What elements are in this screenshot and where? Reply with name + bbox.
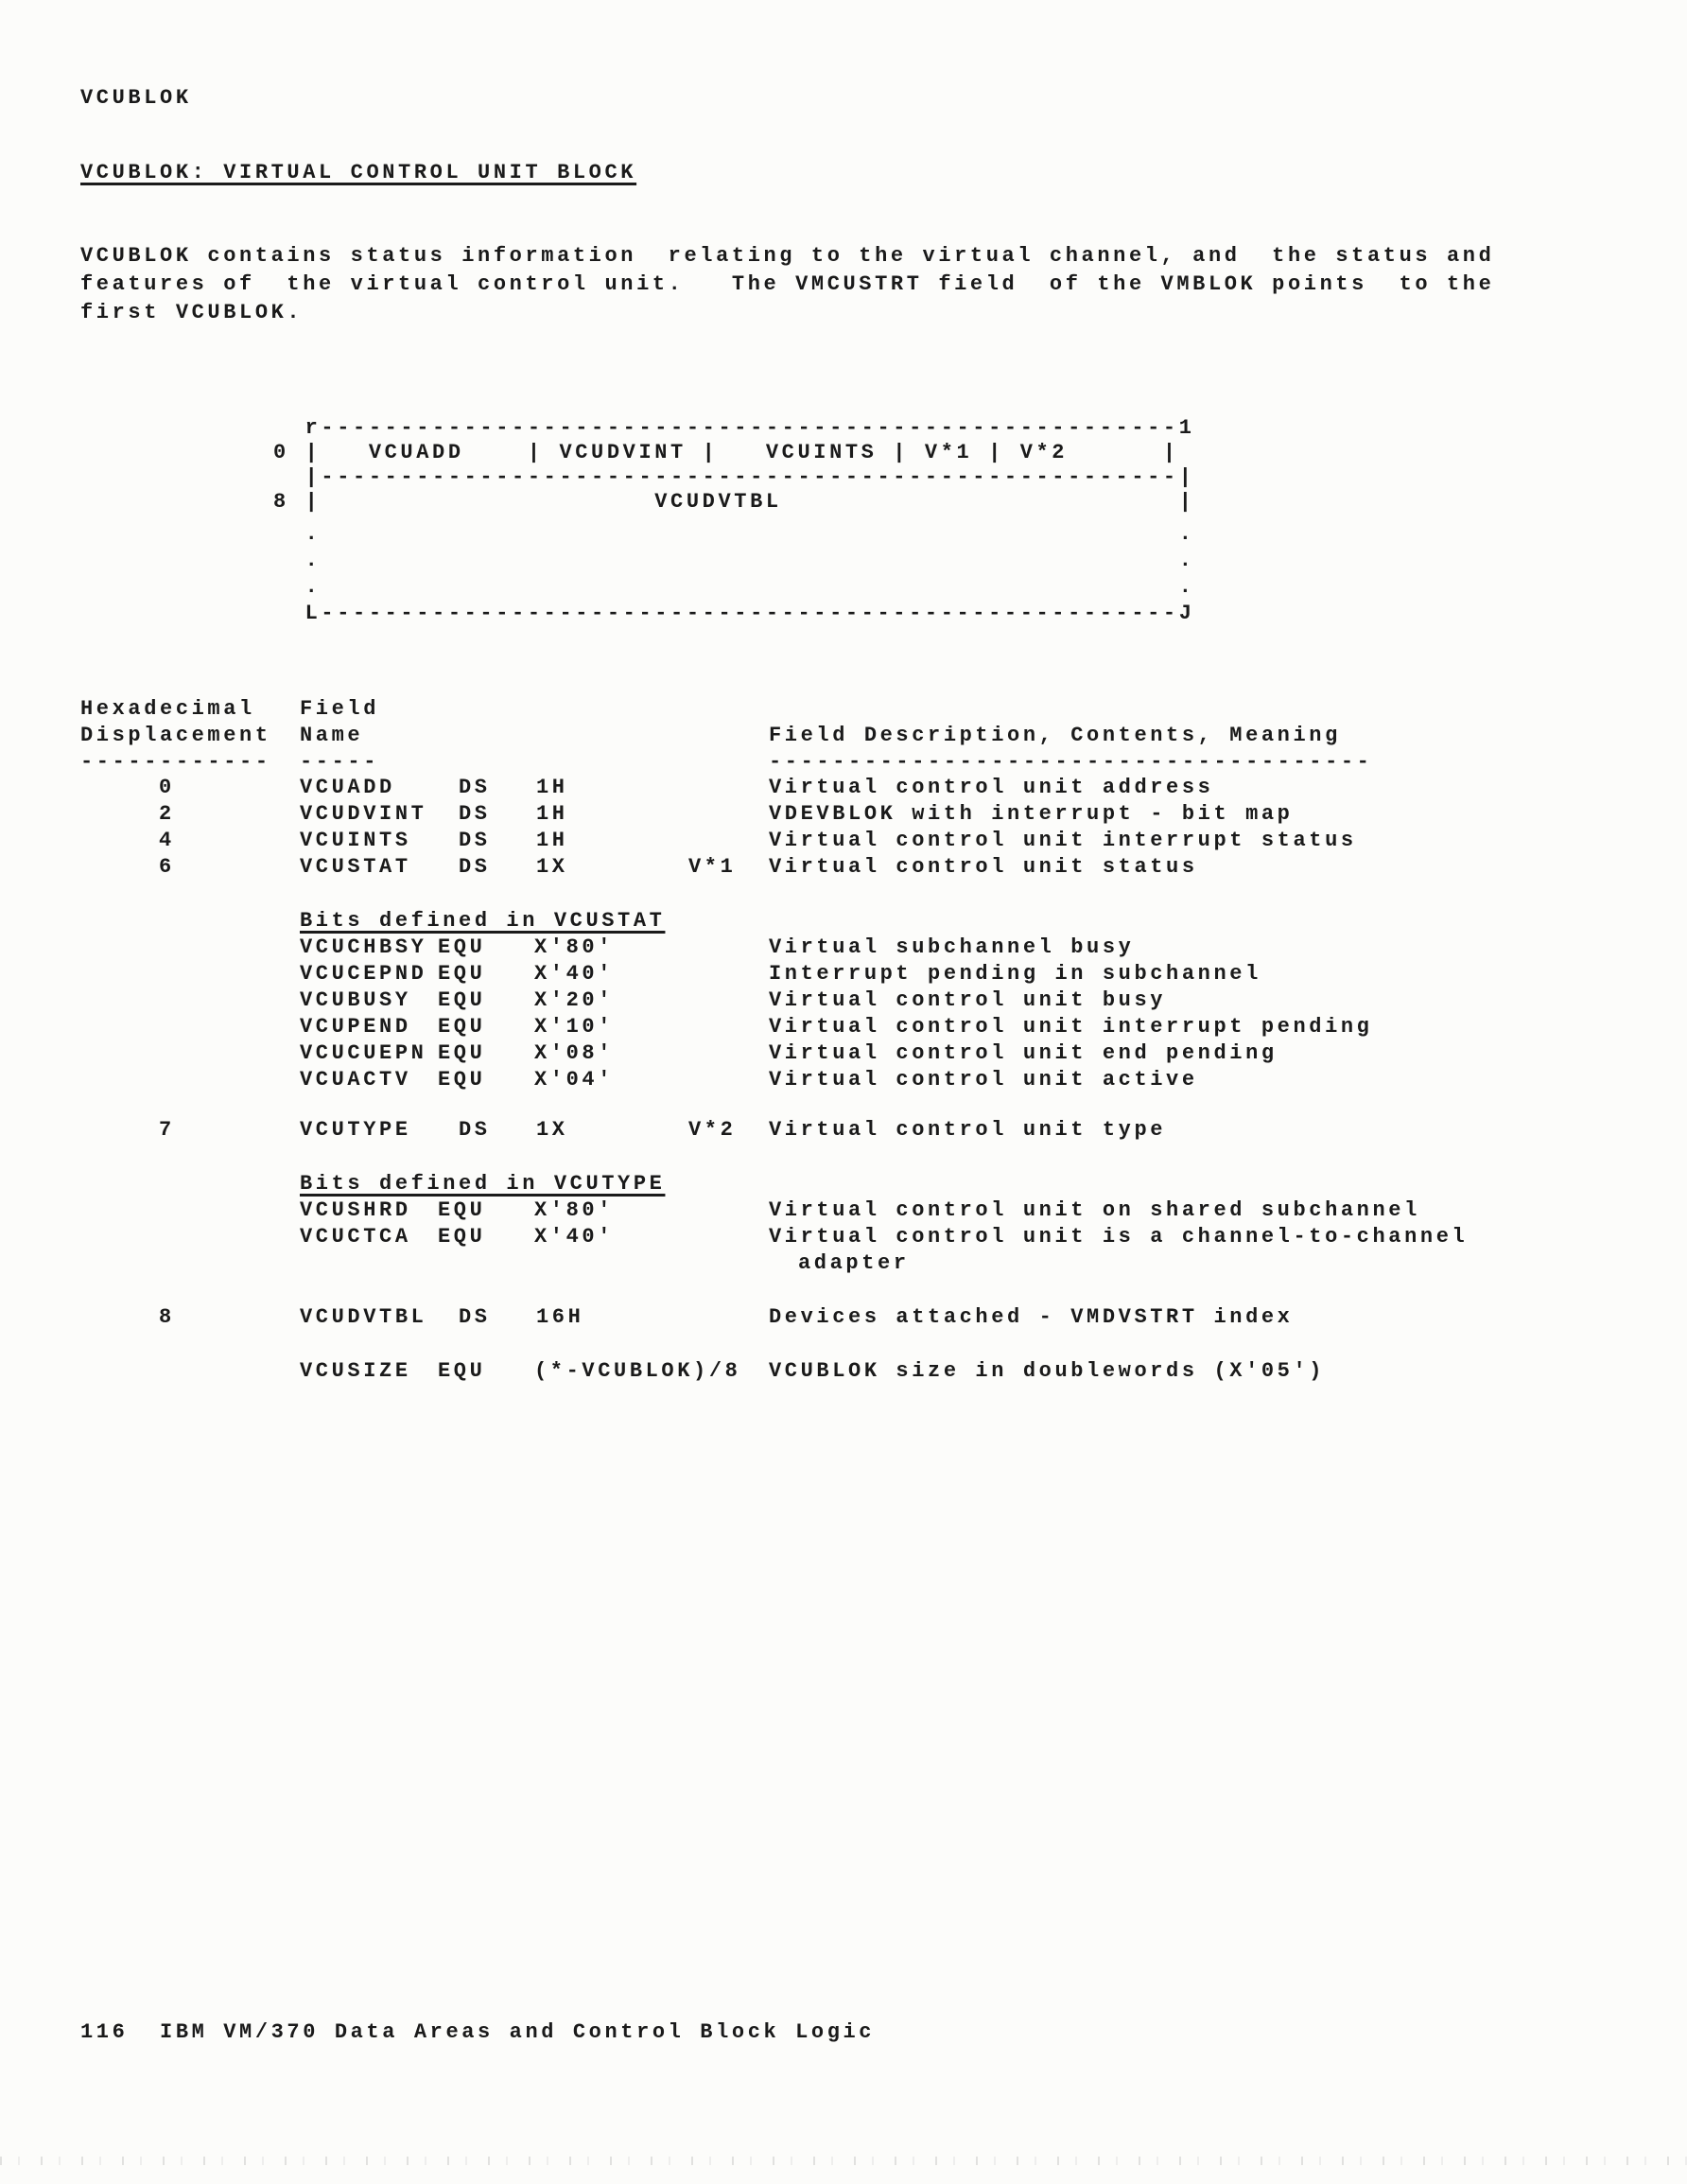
description-cell: Virtual control unit active (769, 1070, 1198, 1091)
description-cell: Devices attached - VMDVSTRT index (769, 1307, 1293, 1328)
opcode-cell: DS (459, 830, 491, 851)
description-cell: Virtual control unit interrupt pending (769, 1017, 1372, 1038)
bit-name-cell: VCUACTV (300, 1070, 411, 1091)
flag-cell: V*2 (688, 1120, 736, 1141)
intro-paragraph: VCUBLOK contains status information rela… (80, 242, 1494, 327)
column-header-fieldname-line1: Field (300, 699, 379, 720)
operand-cell: X'80' (534, 937, 614, 958)
operand-cell: 1H (536, 804, 568, 825)
opcode-cell: DS (459, 778, 491, 798)
field-name-cell: VCUSIZE (300, 1361, 411, 1382)
displacement-cell: 4 (159, 830, 175, 851)
displacement-cell: 6 (159, 857, 175, 878)
operand-cell: 1X (536, 1120, 568, 1141)
operand-cell: X'10' (534, 1017, 614, 1038)
description-cell: Virtual control unit end pending (769, 1043, 1278, 1064)
description-cell: Interrupt pending in subchannel (769, 964, 1261, 985)
operand-cell: X'04' (534, 1070, 614, 1091)
opcode-cell: DS (459, 1307, 491, 1328)
control-block-diagram-continuation: . . . . . . L---------------------- (273, 521, 1195, 627)
description-cell: Virtual subchannel busy (769, 937, 1134, 958)
description-continuation-cell: adapter (798, 1253, 910, 1274)
description-cell: Virtual control unit on shared subchanne… (769, 1200, 1420, 1221)
opcode-cell: DS (459, 1120, 491, 1141)
scan-noise-band (0, 2157, 1687, 2165)
description-cell: Virtual control unit type (769, 1120, 1166, 1141)
column-rule-displacement: ------------ (80, 752, 271, 773)
displacement-cell: 8 (159, 1307, 175, 1328)
page-footer: 116 IBM VM/370 Data Areas and Control Bl… (80, 2022, 875, 2043)
opcode-cell: EQU (438, 1200, 485, 1221)
column-header-description: Field Description, Contents, Meaning (769, 725, 1341, 746)
opcode-cell: EQU (438, 1070, 485, 1091)
bit-name-cell: VCUSHRD (300, 1200, 411, 1221)
opcode-cell: EQU (438, 1043, 485, 1064)
bits-heading-vcutype: Bits defined in VCUTYPE (300, 1174, 665, 1195)
bit-name-cell: VCUCHBSY (300, 937, 426, 958)
description-cell: Virtual control unit interrupt status (769, 830, 1357, 851)
opcode-cell: EQU (438, 1227, 485, 1248)
field-name-cell: VCUDVINT (300, 804, 426, 825)
description-cell: VCUBLOK size in doublewords (X'05') (769, 1361, 1325, 1382)
bits-heading-vcustat: Bits defined in VCUSTAT (300, 911, 665, 932)
operand-cell: X'40' (534, 964, 614, 985)
description-cell: Virtual control unit is a channel-to-cha… (769, 1227, 1468, 1248)
opcode-cell: EQU (438, 964, 485, 985)
running-header: VCUBLOK (80, 88, 192, 109)
description-cell: VDEVBLOK with interrupt - bit map (769, 804, 1293, 825)
opcode-cell: EQU (438, 1361, 485, 1382)
field-name-cell: VCUADD (300, 778, 395, 798)
field-name-cell: VCUSTAT (300, 857, 411, 878)
field-name-cell: VCUTYPE (300, 1120, 411, 1141)
column-header-displacement-line2: Displacement (80, 725, 271, 746)
column-rule-description: -------------------------------------- (769, 752, 1372, 773)
column-header-fieldname-line2: Name (300, 725, 363, 746)
field-name-cell: VCUINTS (300, 830, 411, 851)
opcode-cell: DS (459, 857, 491, 878)
opcode-cell: EQU (438, 990, 485, 1011)
operand-cell: X'20' (534, 990, 614, 1011)
opcode-cell: DS (459, 804, 491, 825)
page-title: VCUBLOK: VIRTUAL CONTROL UNIT BLOCK (80, 163, 636, 183)
field-name-cell: VCUDVTBL (300, 1307, 426, 1328)
flag-cell: V*1 (688, 857, 736, 878)
operand-cell: 1X (536, 857, 568, 878)
column-header-displacement-line1: Hexadecimal (80, 699, 255, 720)
scanned-manual-page: { "page": { "running_header": "VCUBLOK",… (0, 0, 1687, 2184)
control-block-diagram-top: r---------------------------------------… (273, 416, 1195, 515)
bit-name-cell: VCUCUEPN (300, 1043, 426, 1064)
bit-name-cell: VCUCEPND (300, 964, 426, 985)
displacement-cell: 2 (159, 804, 175, 825)
description-cell: Virtual control unit status (769, 857, 1198, 878)
opcode-cell: EQU (438, 937, 485, 958)
column-rule-fieldname: ----- (300, 752, 379, 773)
bit-name-cell: VCUPEND (300, 1017, 411, 1038)
bit-name-cell: VCUBUSY (300, 990, 411, 1011)
operand-cell: X'80' (534, 1200, 614, 1221)
operand-cell: X'08' (534, 1043, 614, 1064)
operand-cell: (*-VCUBLOK)/8 (534, 1361, 740, 1382)
operand-cell: 1H (536, 778, 568, 798)
description-cell: Virtual control unit busy (769, 990, 1166, 1011)
bit-name-cell: VCUCTCA (300, 1227, 411, 1248)
operand-cell: 1H (536, 830, 568, 851)
opcode-cell: EQU (438, 1017, 485, 1038)
description-cell: Virtual control unit address (769, 778, 1213, 798)
operand-cell: X'40' (534, 1227, 614, 1248)
displacement-cell: 0 (159, 778, 175, 798)
operand-cell: 16H (536, 1307, 583, 1328)
displacement-cell: 7 (159, 1120, 175, 1141)
